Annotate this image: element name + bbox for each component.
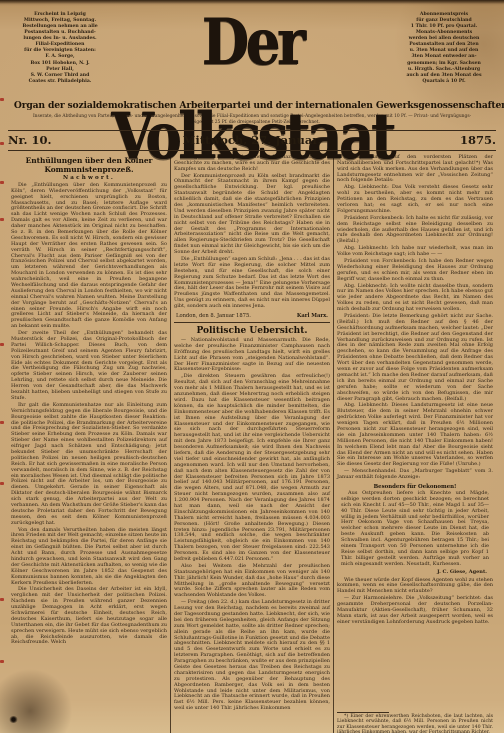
ink-stain	[9, 716, 18, 723]
red-margin-mark	[0, 98, 4, 101]
footnote-text: *) Einer der ehrenwerthen Reichsboten, d…	[337, 714, 493, 733]
signature-place-date: London, den 8. Januar 1875.	[176, 313, 251, 319]
body-paragraph: Ihr galt die Kommunistenhatze nur als Ei…	[11, 403, 167, 527]
body-paragraph: — Nationalwohlstand und Massenarmuth. Di…	[174, 338, 330, 373]
red-margin-mark	[0, 598, 4, 601]
column-3: haben, wurde auf den vordersten Plätzen …	[334, 154, 496, 733]
ad-signature: J. C. Giese, Agent.	[341, 569, 487, 575]
body-paragraph: Der zweite Theil der „Enthüllungen“ beha…	[11, 331, 167, 402]
debate-paragraph: Präsident von Forckenbeck: Ich habe den …	[337, 259, 493, 283]
section-heading: Politische Uebersicht.	[174, 326, 330, 336]
subscription-price-box: Abonnementspreis für ganz Deutschland 1 …	[392, 12, 496, 85]
issue-date: Mittwoch, 27. Januar.	[8, 133, 496, 147]
red-margin-mark	[0, 482, 4, 485]
classified-ad: Besonders für Oekonomen! Aus Ostpreußen …	[341, 483, 489, 577]
article-columns: Enthüllungen über den Kölner Kommunisten…	[8, 154, 496, 733]
red-margin-mark	[0, 181, 4, 184]
red-margin-mark	[0, 142, 4, 145]
debate-paragraph: Abg. Liebknecht: Ich wollte nicht dassel…	[337, 284, 493, 313]
masthead-subtitle: Organ der sozialdemokratischen Arbeiterp…	[14, 100, 490, 111]
body-paragraph: Die „Enthüllungen“ sagen am Schluß: „Jen…	[174, 257, 330, 310]
debate-paragraph: Abg. Liebknecht: Dieses Landsturmgesetz …	[337, 403, 493, 468]
red-margin-mark	[0, 343, 4, 346]
section-divider-rule	[174, 322, 330, 323]
signature-author: Karl Marx.	[297, 313, 328, 319]
newspaper-page: Erscheint in Leipzig Mittwoch, Freitag, …	[0, 0, 504, 733]
ad-body: Aus Ostpreußen liefere ich Knechte und M…	[341, 491, 489, 568]
red-margin-mark	[0, 421, 4, 424]
body-paragraph: Wie theuer würde der Kopf dieses Agenten…	[337, 578, 493, 596]
column-1: Enthüllungen über den Kölner Kommunisten…	[8, 154, 170, 733]
body-paragraph: — Freitag (den 22. d.) kam das Landsturm…	[174, 600, 330, 712]
debate-paragraph: Abg. Liebknecht: Das Volk versteht diese…	[337, 185, 493, 214]
column-2: schlagender Beweis, daß sie nicht dazu b…	[170, 154, 334, 733]
footnote-block: *) Einer der ehrenwerthen Reichsboten, d…	[337, 710, 493, 733]
body-paragraph: — Menschenhandel. Das „Marburger Tagebla…	[337, 469, 493, 481]
red-margin-mark	[0, 660, 4, 663]
body-paragraph: Der Kommunistenprozeß zu Köln selbst bra…	[174, 174, 330, 256]
body-paragraph: Die „Enthüllungen über den Kommunistenpr…	[11, 183, 167, 330]
article-signature: London, den 8. Januar 1875. Karl Marx.	[176, 313, 328, 319]
debate-paragraph: Präsident Forckenbeck: Ich halte es nich…	[337, 216, 493, 245]
publication-schedule-box: Erscheint in Leipzig Mittwoch, Freitag, …	[8, 12, 112, 85]
body-paragraph: „Die direkten Steuern gewähren das erfre…	[174, 374, 330, 563]
body-paragraph: Von den damals Verurtheilten haben die m…	[11, 528, 167, 587]
debate-paragraph: Präsident: Die letzte Bemerkung gehört n…	[337, 314, 493, 402]
debate-paragraph: Abg. Liebknecht: Ich habe nur wiederholt…	[337, 246, 493, 258]
body-paragraph: Also bei Weitem die Mehrzahl der preußis…	[174, 564, 330, 599]
scan-edge-shadow	[0, 0, 504, 4]
masthead: Erscheint in Leipzig Mittwoch, Freitag, …	[8, 10, 496, 94]
dateline-bar: Nr. 10. Mittwoch, 27. Januar. 1875.	[8, 130, 496, 151]
minister-quote-block: „Die direkten Steuern gewähren das erfre…	[174, 374, 330, 564]
masthead-title: Der Volksstaat	[102, 0, 402, 183]
body-paragraph: Die Unsicherheit des Daseins der Arbeite…	[11, 587, 167, 646]
red-margin-mark	[0, 218, 4, 221]
footnote-rule	[337, 712, 389, 713]
body-paragraph: — Zur Harmonielehre. Die „Volkszeitung“ …	[337, 596, 493, 625]
